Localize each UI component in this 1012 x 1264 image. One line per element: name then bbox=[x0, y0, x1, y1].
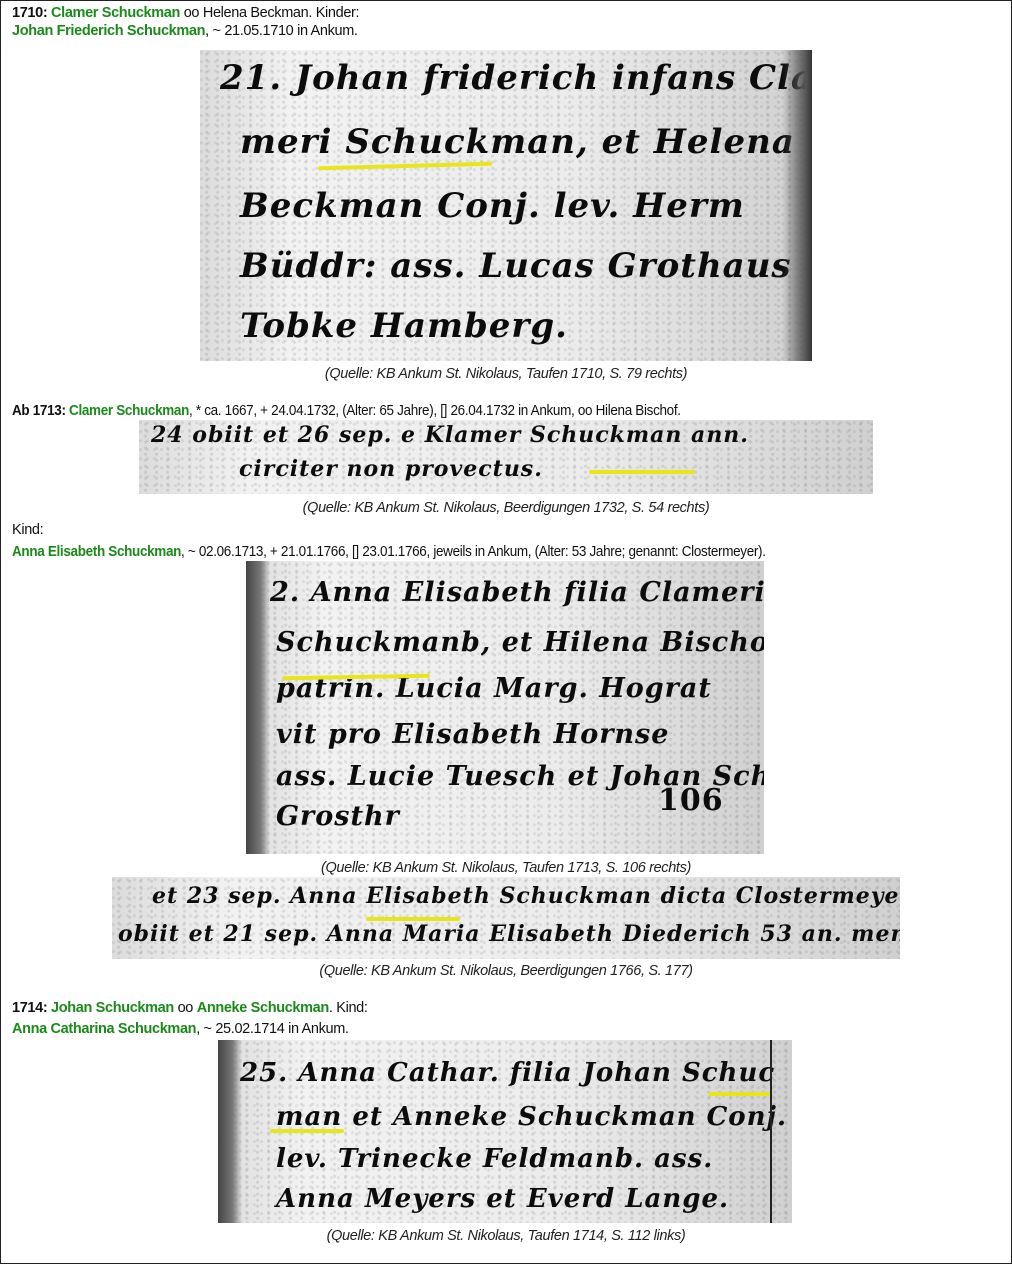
highlight-underline bbox=[589, 470, 695, 474]
child-name: Johan Friederich Schuckman bbox=[12, 23, 205, 39]
highlight-underline bbox=[708, 1092, 770, 1096]
child-info: , ~ 02.06.1713, + 21.01.1766, [] 23.01.1… bbox=[181, 544, 766, 560]
year-label: Ab 1713: bbox=[12, 403, 66, 419]
entry-1713-heading: Ab 1713: Clamer Schuckman, * ca. 1667, +… bbox=[12, 402, 681, 420]
person-name: Clamer Schuckman bbox=[69, 403, 189, 419]
entry-child-1713: Anna Elisabeth Schuckman, ~ 02.06.1713, … bbox=[12, 543, 766, 561]
source-caption: (Quelle: KB Ankum St. Nikolaus, Taufen 1… bbox=[0, 859, 1012, 877]
scan-baptism-1710: 21. Johan friderich infans Cla- meri Sch… bbox=[200, 50, 812, 361]
child-name: Anna Catharina Schuckman bbox=[12, 1021, 196, 1037]
highlight-underline bbox=[270, 1129, 344, 1133]
highlight-underline bbox=[366, 917, 460, 921]
scan-burial-1766: et 23 sep. Anna Elisabeth Schuckman dict… bbox=[112, 877, 900, 959]
child-name: Anna Elisabeth Schuckman bbox=[12, 544, 181, 560]
source-caption: (Quelle: KB Ankum St. Nikolaus, Taufen 1… bbox=[0, 365, 1012, 383]
entry-1710-heading: 1710: Clamer Schuckman oo Helena Beckman… bbox=[12, 4, 359, 22]
source-caption: (Quelle: KB Ankum St. Nikolaus, Taufen 1… bbox=[0, 1227, 1012, 1245]
person-info: , * ca. 1667, + 24.04.1732, (Alter: 65 J… bbox=[189, 403, 681, 419]
scan-burial-1732: 24 obiit et 26 sep. e Klamer Schuckman a… bbox=[139, 420, 873, 494]
source-caption: (Quelle: KB Ankum St. Nikolaus, Beerdigu… bbox=[0, 962, 1012, 980]
entry-1714-child: Anna Catharina Schuckman, ~ 25.02.1714 i… bbox=[12, 1020, 349, 1038]
year-label: 1710: bbox=[12, 5, 47, 21]
year-label: 1714: bbox=[12, 1000, 47, 1016]
scan-baptism-1714: 25. Anna Cathar. filia Johan Schuc man e… bbox=[218, 1040, 792, 1223]
highlight-underline bbox=[318, 162, 492, 171]
entry-1714-heading: 1714: Johan Schuckman oo Anneke Schuckma… bbox=[12, 999, 368, 1017]
father-name: Clamer Schuckman bbox=[51, 5, 180, 21]
child-info: , ~ 25.02.1714 in Ankum. bbox=[196, 1021, 348, 1037]
scan-baptism-1713: 2. Anna Elisabeth filia Clameri Schuckma… bbox=[246, 561, 764, 854]
mother-name: Anneke Schuckman bbox=[197, 1000, 329, 1016]
child-label: Kind: bbox=[12, 521, 43, 539]
entry-1710-child: Johan Friederich Schuckman, ~ 21.05.1710… bbox=[12, 22, 358, 40]
source-caption: (Quelle: KB Ankum St. Nikolaus, Beerdigu… bbox=[0, 499, 1012, 517]
page-number: 106 bbox=[658, 783, 724, 818]
child-info: , ~ 21.05.1710 in Ankum. bbox=[205, 23, 357, 39]
father-name: Johan Schuckman bbox=[51, 1000, 174, 1016]
mother-name: Helena Beckman bbox=[203, 5, 309, 21]
